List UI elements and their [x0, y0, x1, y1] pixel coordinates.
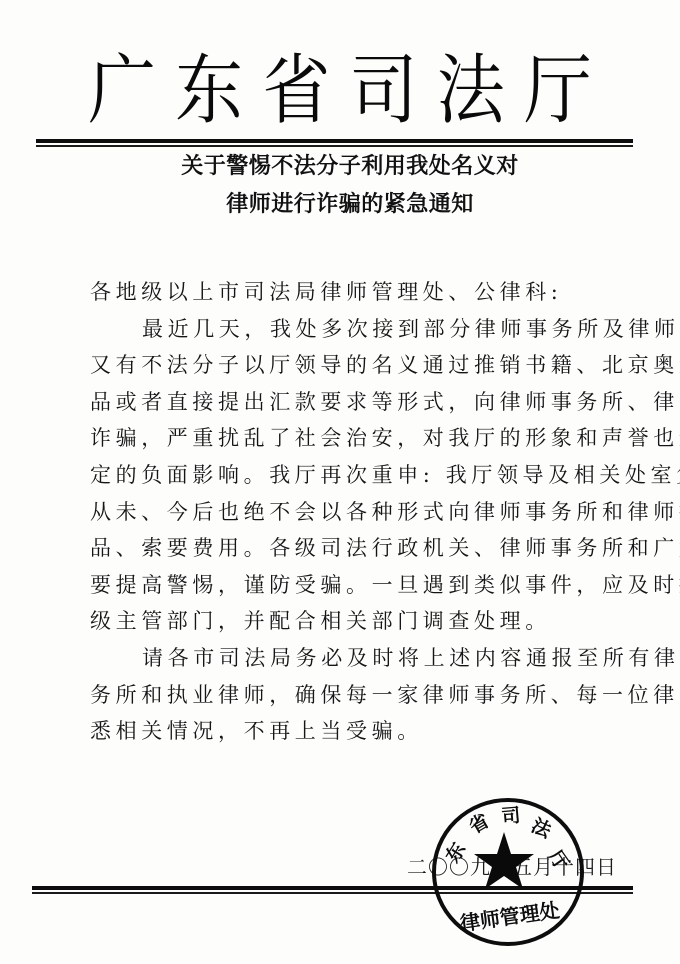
body-line: 务所和执业律师，确保每一家律师事务所、每一位律师都知 [90, 677, 630, 714]
seal-arc-char: 东 [441, 838, 471, 866]
issuer-masthead: 广 东 省 司 法 厅 [80, 52, 600, 132]
seal-arc-char: 厅 [543, 845, 573, 874]
masthead-char: 厅 [516, 52, 600, 133]
document-title-line-1: 关于警惕不法分子利用我处名义对 [10, 149, 680, 180]
body-line: 要提高警惕，谨防受骗。一旦遇到类似事件，应及时报告上 [90, 567, 630, 604]
body-line: 诈骗，严重扰乱了社会治安，对我厅的形象和声誉也造成一 [90, 420, 630, 457]
official-seal: 东 省 司 法 厅 律师管理处 [430, 796, 586, 948]
seal-arc-char: 司 [501, 804, 522, 828]
masthead-char: 司 [342, 52, 426, 133]
seal-arc-char: 省 [465, 809, 493, 838]
document-body: 各地级以上市司法局律师管理处、公律科: 最近几天，我处多次接到部分律师事务所及律… [90, 274, 630, 750]
body-line: 品、索要费用。各级司法行政机关、律师事务所和广大律师 [90, 530, 630, 567]
body-line: 级主管部门，并配合相关部门调查处理。 [90, 603, 630, 640]
body-line: 悉相关情况，不再上当受骗。 [90, 713, 630, 750]
document-title-line-2: 律师进行诈骗的紧急通知 [10, 187, 680, 218]
masthead-char: 广 [80, 52, 164, 133]
body-line: 又有不法分子以厅领导的名义通过推销书籍、北京奥运纪念 [90, 347, 630, 384]
body-line: 从未、今后也绝不会以各种形式向律师事务所和律师推销物 [90, 494, 630, 531]
body-line: 定的负面影响。我厅再次重申: 我厅领导及相关处室负责人 [90, 457, 630, 494]
seal-graphic: 东 省 司 法 厅 律师管理处 [430, 796, 586, 948]
masthead-divider-rule [36, 139, 633, 147]
body-line: 请各市司法局务必及时将上述内容通报至所有律师事 [90, 640, 630, 677]
seal-arc-char: 法 [528, 814, 556, 843]
document-page: 广 东 省 司 法 厅 关于警惕不法分子利用我处名义对 律师进行诈骗的紧急通知 … [0, 0, 680, 964]
star-icon [474, 832, 534, 889]
masthead-char: 东 [167, 52, 251, 133]
body-line: 品或者直接提出汇款要求等形式，向律师事务所、律师进行 [90, 384, 630, 421]
masthead-char: 省 [254, 52, 338, 133]
masthead-char: 法 [429, 52, 513, 133]
seal-bottom-text: 律师管理处 [459, 898, 561, 936]
salutation: 各地级以上市司法局律师管理处、公律科: [90, 274, 630, 311]
body-line: 最近几天，我处多次接到部分律师事务所及律师反映: [90, 311, 630, 348]
